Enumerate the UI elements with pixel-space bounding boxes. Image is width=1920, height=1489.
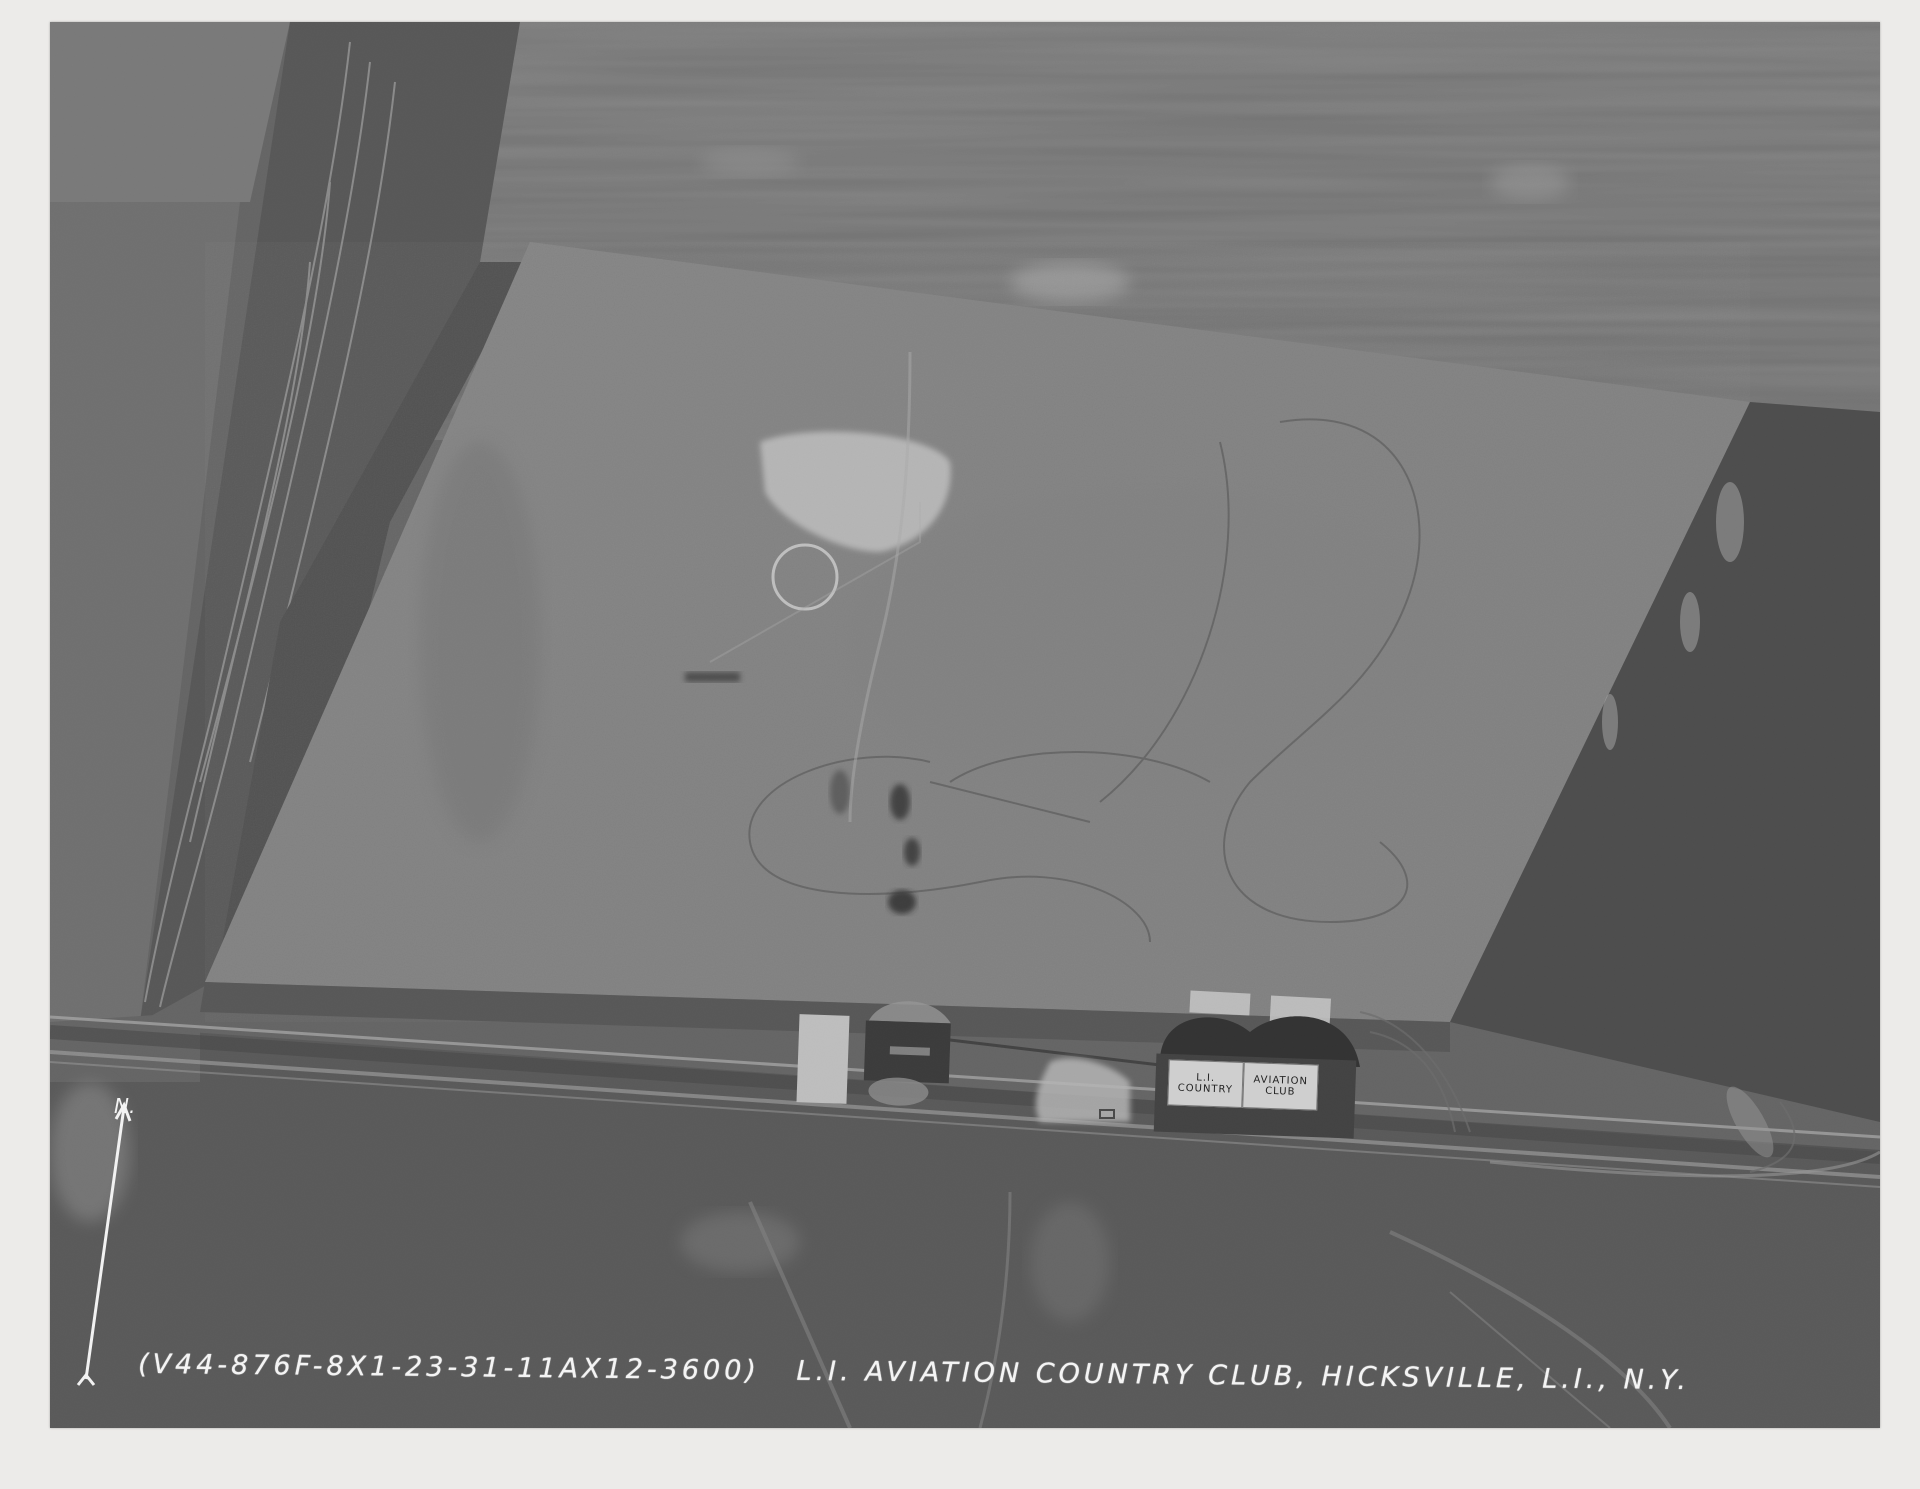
hangar-sign-right: AVIATION CLUB [1242, 1062, 1319, 1111]
north-label: N. [114, 1094, 135, 1118]
aerial-scene [50, 22, 1880, 1428]
hangar-sign-left: L.I. COUNTRY [1167, 1059, 1244, 1108]
caption-reference: (V44-876F-8X1-23-31-11AX12-3600) [138, 1349, 760, 1387]
hangar-sign-text: L.I. [1196, 1072, 1215, 1084]
hangar-sign-text: CLUB [1265, 1086, 1296, 1098]
hangar-sign-text: COUNTRY [1178, 1083, 1234, 1096]
hangar-sign: L.I. COUNTRY AVIATION CLUB [1167, 1059, 1319, 1110]
aerial-photograph: L.I. COUNTRY AVIATION CLUB N. (V44-876F-… [50, 22, 1880, 1428]
hangar-sign-text: AVIATION [1253, 1074, 1308, 1087]
